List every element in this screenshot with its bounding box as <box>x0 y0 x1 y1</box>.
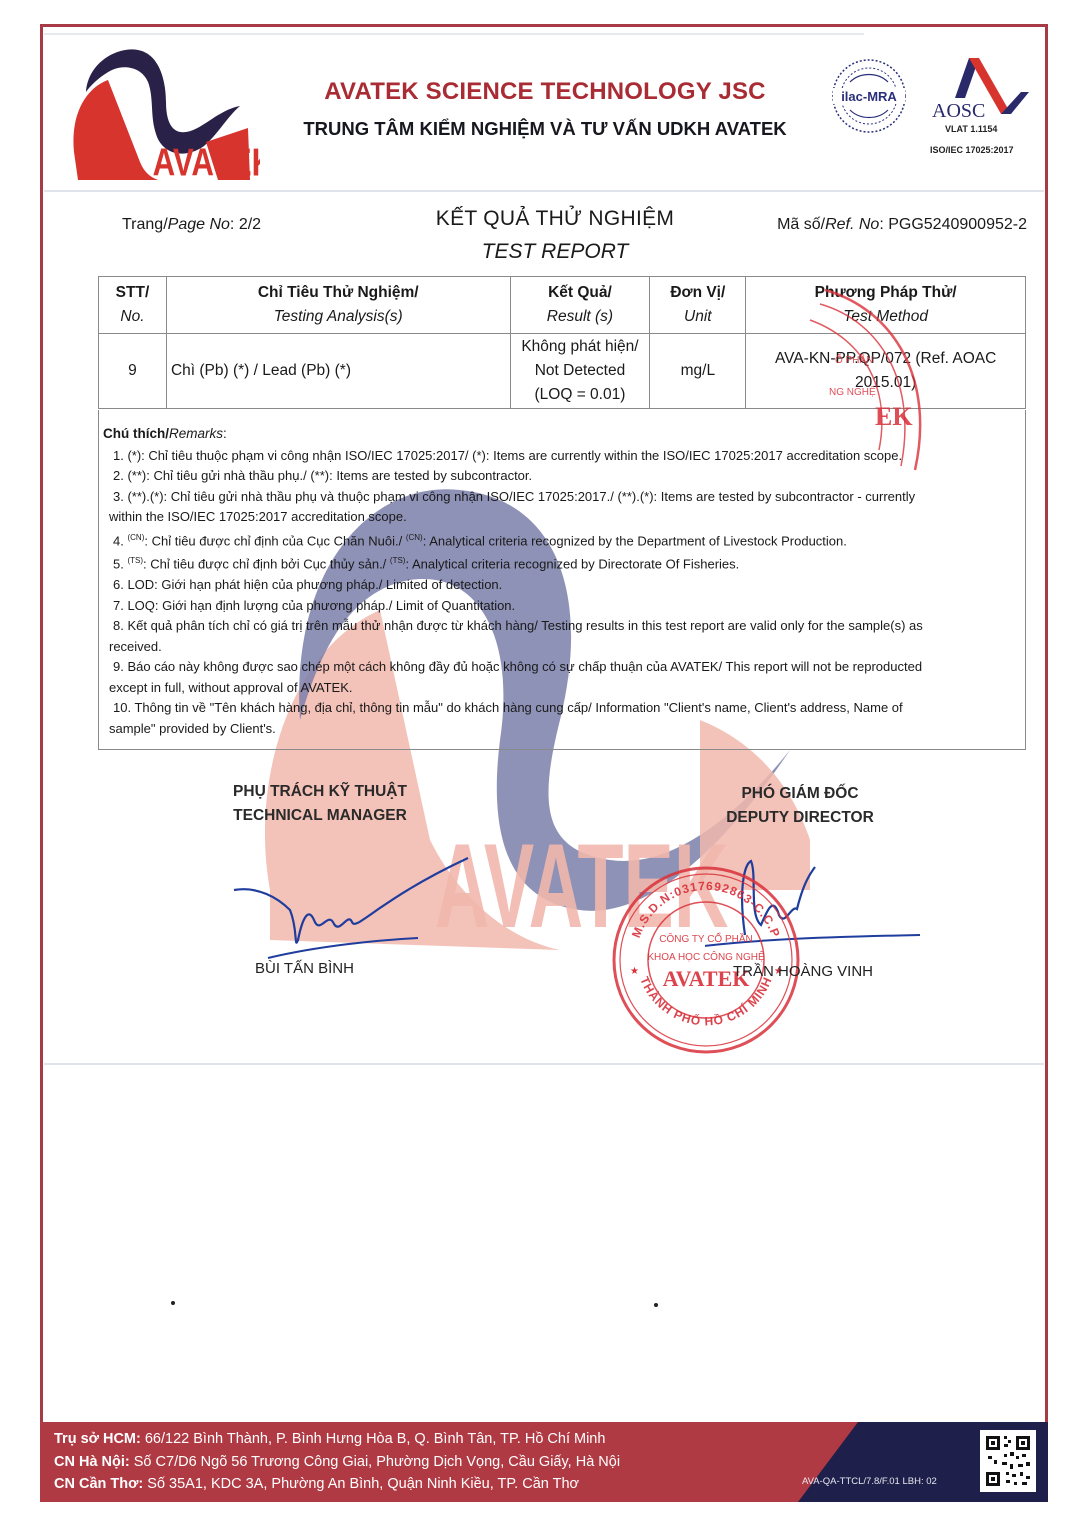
ref-value: : PGG5240900952-2 <box>879 216 1027 233</box>
aosc-vlat-number: VLAT 1.1154 <box>945 124 997 134</box>
cell-result: Không phát hiện/ Not Detected (LOQ = 0.0… <box>510 334 650 409</box>
svg-text:ilac-MRA: ilac-MRA <box>841 89 897 104</box>
ref-label-vn: Mã số/ <box>777 216 825 233</box>
cell-no: 9 <box>99 334 167 409</box>
svg-text:AVATEK: AVATEK <box>153 140 260 182</box>
remarks-title: Chú thích/Remarks: <box>103 424 1025 445</box>
deputy-director-title: PHÓ GIÁM ĐỐC DEPUTY DIRECTOR <box>690 782 910 830</box>
column-header-no: STT/No. <box>99 277 167 334</box>
remark-item: 2. (**): Chỉ tiêu gửi nhà thầu phụ./ (**… <box>105 466 1025 487</box>
avatek-logo-icon: AVATEK <box>68 42 260 182</box>
header-divider <box>44 190 1044 192</box>
qr-code-icon[interactable] <box>980 1430 1036 1492</box>
ref-label-en: Ref. No <box>825 216 879 233</box>
table-header-row: STT/No. Chỉ Tiêu Thử Nghiệm/Testing Anal… <box>99 277 1026 334</box>
remark-item: 3. (**).(*): Chỉ tiêu gửi nhà thầu phụ v… <box>105 487 1025 528</box>
scan-dot <box>171 1301 175 1305</box>
remark-item: 7. LOQ: Giới hạn định lượng của phương p… <box>105 596 1025 617</box>
table-row: 9 Chì (Pb) (*) / Lead (Pb) (*) Không phá… <box>99 334 1026 409</box>
remark-item: 6. LOD: Giới hạn phát hiện của phương ph… <box>105 575 1025 596</box>
remark-item: 9. Báo cáo này không được sao chép một c… <box>105 657 1025 698</box>
reference-number: Mã số/Ref. No: PGG5240900952-2 <box>777 216 1027 234</box>
page-label-en: Page No <box>168 216 230 233</box>
address-hcm: Trụ sở HCM: 66/122 Bình Thành, P. Bình H… <box>54 1428 620 1451</box>
technical-manager-name: BÙI TẤN BÌNH <box>255 960 354 977</box>
remark-item: 1. (*): Chỉ tiêu thuộc phạm vi công nhận… <box>105 446 1025 467</box>
column-header-method: Phương Pháp Thử/Test Method <box>746 277 1026 334</box>
top-rule <box>44 33 864 35</box>
footer-addresses: Trụ sở HCM: 66/122 Bình Thành, P. Bình H… <box>54 1428 620 1496</box>
center-name: TRUNG TÂM KIỂM NGHIỆM VÀ TƯ VẤN UDKH AVA… <box>275 118 815 140</box>
cell-analysis: Chì (Pb) (*) / Lead (Pb) (*) <box>166 334 510 409</box>
address-cantho: CN Cần Thơ: Số 35A1, KDC 3A, Phường An B… <box>54 1473 620 1496</box>
cell-method: AVA-KN-PP.QP/072 (Ref. AOAC 2015.01) <box>746 334 1026 409</box>
technical-manager-title: PHỤ TRÁCH KỸ THUẬT TECHNICAL MANAGER <box>200 780 440 828</box>
column-header-result: Kết Quả/Result (s) <box>510 277 650 334</box>
signature-divider <box>44 1063 1044 1065</box>
deputy-director-name: TRẦN HOÀNG VINH <box>733 963 873 980</box>
form-code: AVA-QA-TTCL/7.8/F.01 LBH: 02 <box>802 1476 937 1487</box>
report-title-vn: KẾT QUẢ THỬ NGHIỆM <box>380 207 730 231</box>
column-header-unit: Đơn Vị/Unit <box>650 277 746 334</box>
remarks-box: Chú thích/Remarks: 1. (*): Chỉ tiêu thuộ… <box>98 410 1026 750</box>
remark-item: 10. Thông tin về "Tên khách hàng, địa ch… <box>105 698 1025 739</box>
results-table: STT/No. Chỉ Tiêu Thử Nghiệm/Testing Anal… <box>98 276 1026 409</box>
page-number: Trang/Page No: 2/2 <box>122 216 261 234</box>
page-label-vn: Trang/ <box>122 216 168 233</box>
scan-dot <box>654 1303 658 1307</box>
report-title-en: TEST REPORT <box>380 240 730 264</box>
ilac-mra-badge-icon: ilac-MRA <box>830 52 908 140</box>
cell-unit: mg/L <box>650 334 746 409</box>
remark-item: 5. (TS): Chỉ tiêu được chỉ định bởi Cục … <box>105 551 1025 575</box>
footer-bar: Trụ sở HCM: 66/122 Bình Thành, P. Bình H… <box>40 1422 1048 1502</box>
iso-standard-label: ISO/IEC 17025:2017 <box>930 145 1014 155</box>
remark-item: 8. Kết quả phân tích chỉ có giá trị trên… <box>105 616 1025 657</box>
aosc-label: AOSC <box>932 100 985 123</box>
page-value: : 2/2 <box>230 216 261 233</box>
company-name: AVATEK SCIENCE TECHNOLOGY JSC <box>300 78 790 106</box>
remark-item: 4. (CN): Chỉ tiêu được chỉ định của Cục … <box>105 528 1025 552</box>
address-hanoi: CN Hà Nội: Số C7/D6 Ngõ 56 Trương Công G… <box>54 1451 620 1474</box>
column-header-analysis: Chỉ Tiêu Thử Nghiệm/Testing Analysis(s) <box>166 277 510 334</box>
